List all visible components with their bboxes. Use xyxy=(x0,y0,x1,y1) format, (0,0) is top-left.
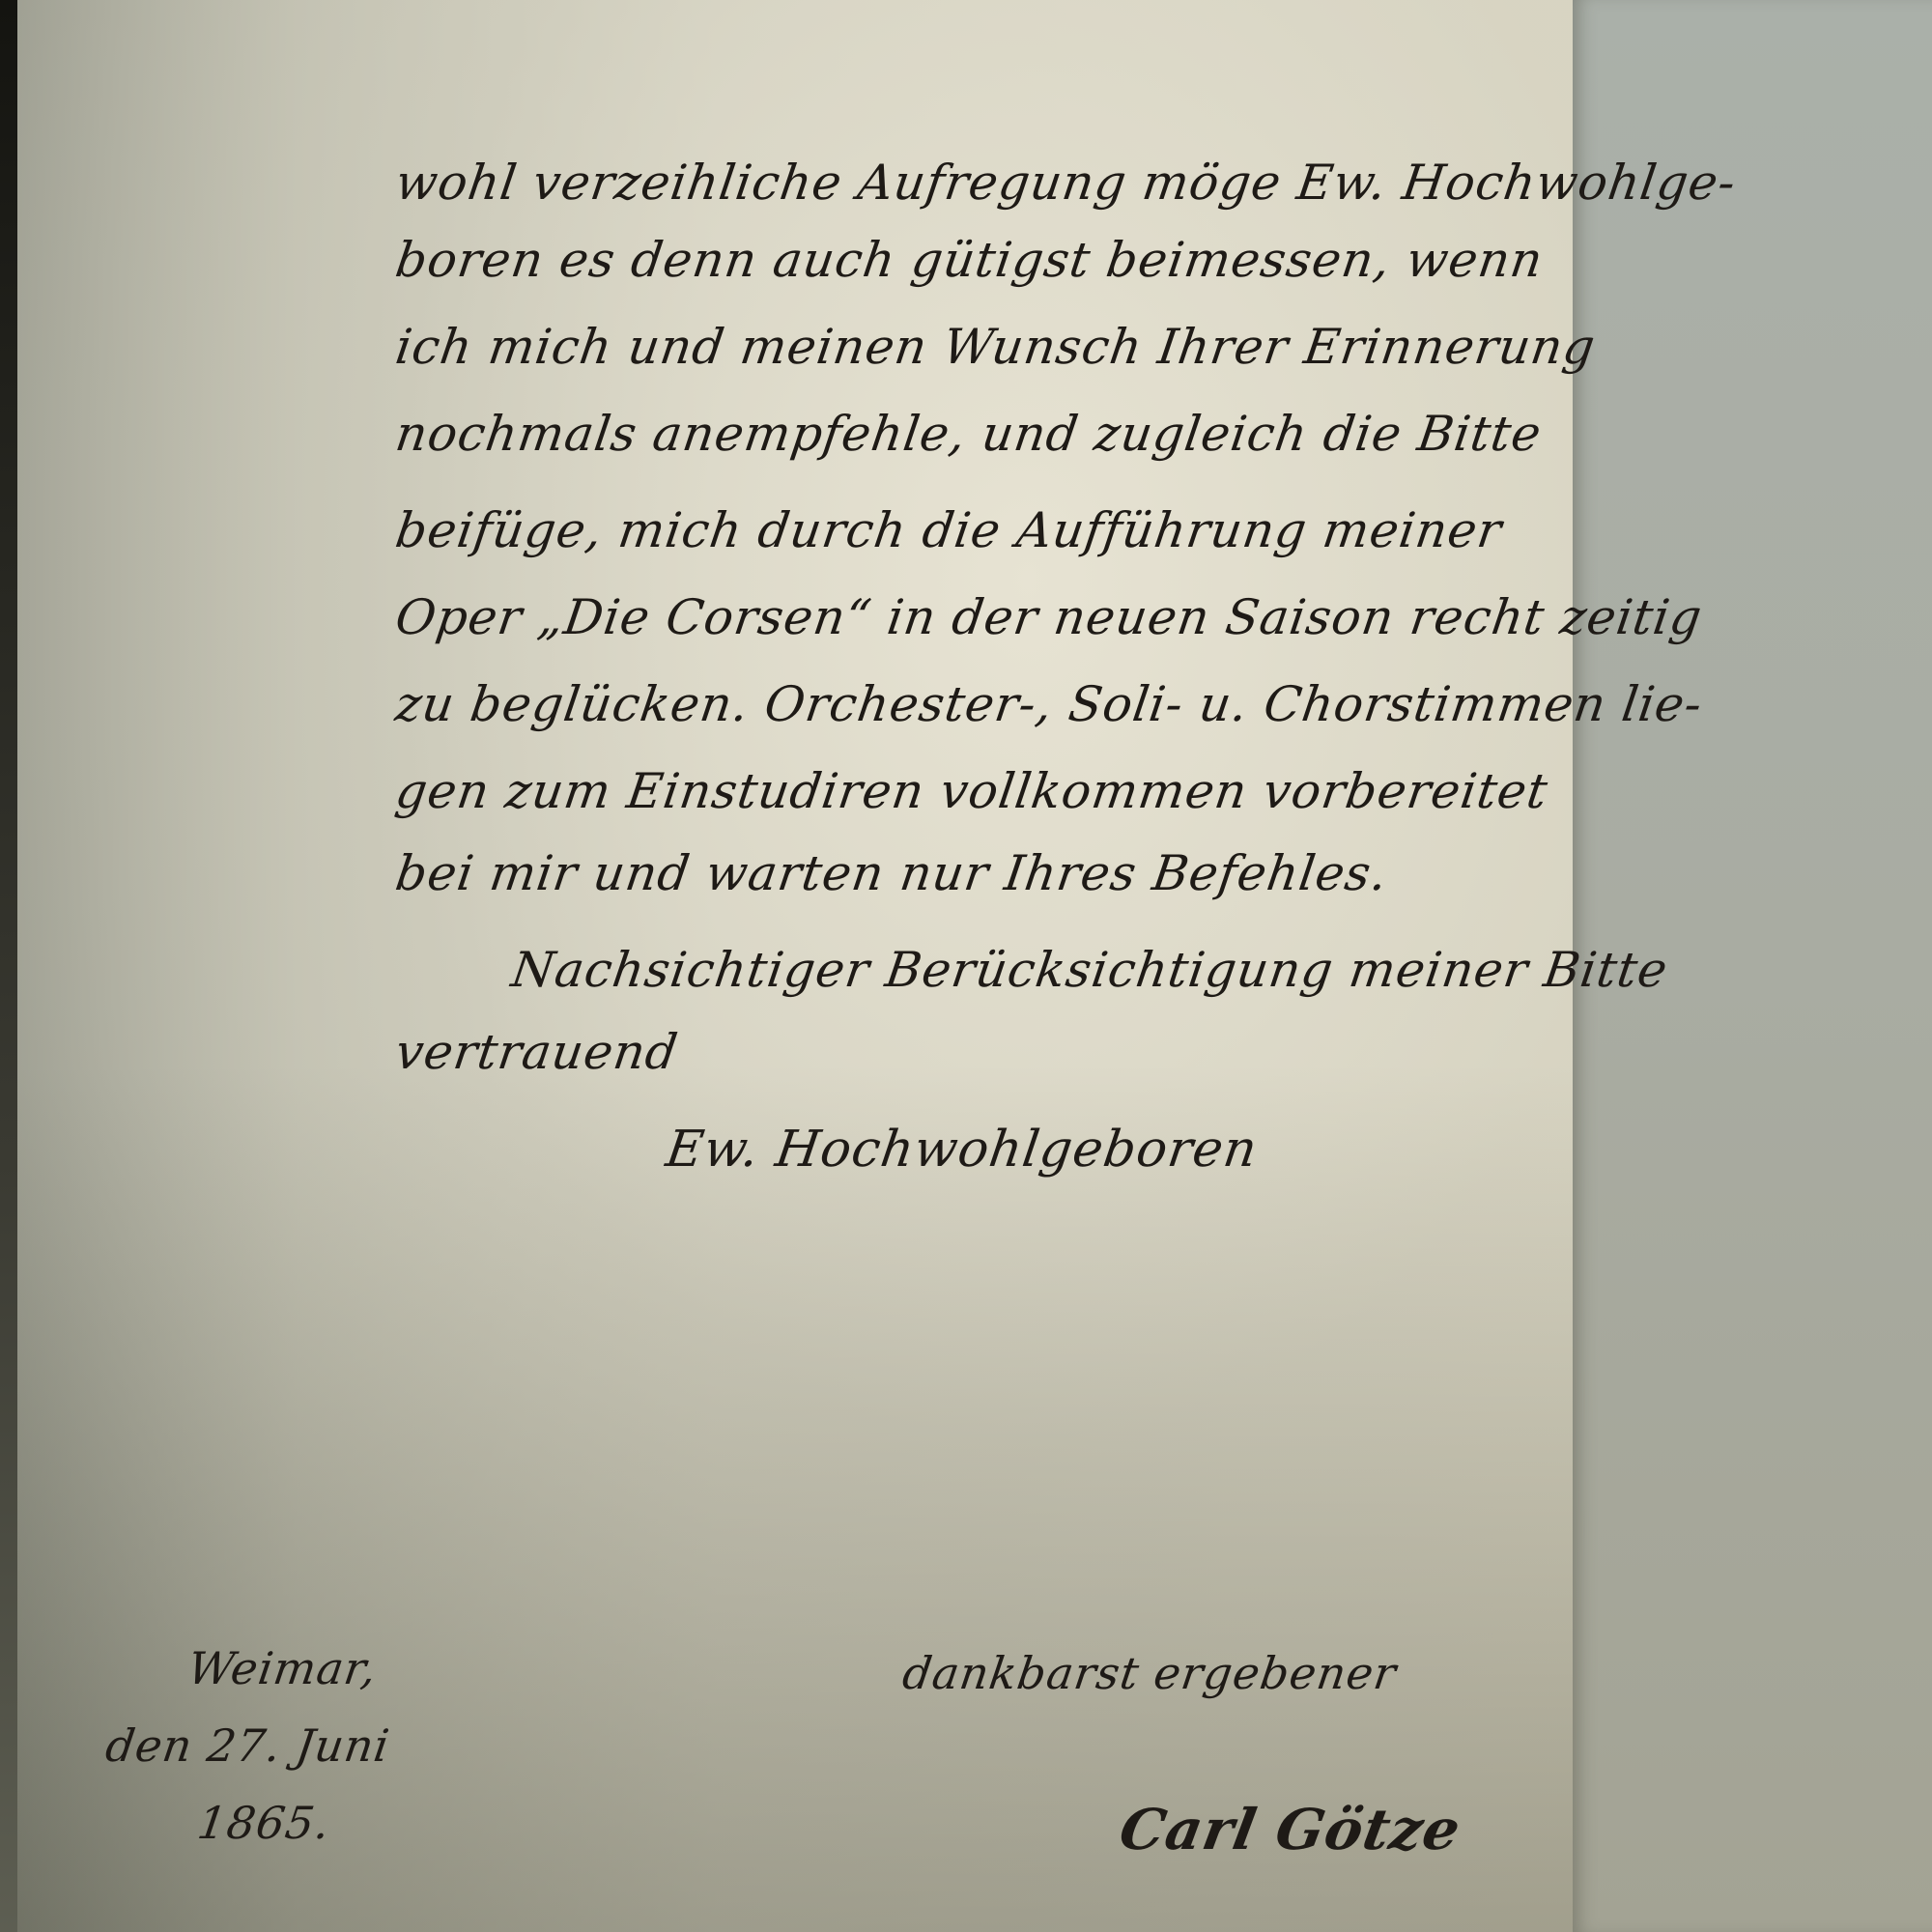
body-line-3: ich mich und meinen Wunsch Ihrer Erinner… xyxy=(392,319,1599,375)
body-line-1: wohl verzeihliche Aufregung möge Ew. Hoc… xyxy=(392,155,1740,211)
closing-line-2: vertrauend xyxy=(392,1024,682,1080)
body-line-7: zu beglücken. Orchester-, Soli- u. Chors… xyxy=(392,676,1706,732)
place: Weimar, xyxy=(185,1642,381,1694)
body-line-4: nochmals anempfehle, und zugleich die Bi… xyxy=(392,406,1546,462)
body-line-5: beifüge, mich durch die Aufführung meine… xyxy=(392,502,1506,558)
signature: Carl Götze xyxy=(1115,1797,1465,1862)
body-line-9: bei mir und warten nur Ihres Befehles. xyxy=(392,845,1391,901)
salutation: Ew. Hochwohlgeboren xyxy=(663,1121,1262,1179)
closing-line-1: Nachsichtiger Berücksichtigung meiner Bi… xyxy=(508,942,1671,998)
year: 1865. xyxy=(194,1797,333,1849)
book-edge-shadow xyxy=(0,0,17,1932)
signoff-phrase: dankbarst ergebener xyxy=(899,1647,1400,1699)
body-line-8: gen zum Einstudiren vollkommen vorbereit… xyxy=(392,763,1551,819)
date: den 27. Juni xyxy=(102,1719,393,1772)
body-line-6: Oper „Die Corsen“ in der neuen Saison re… xyxy=(392,589,1706,645)
body-line-2: boren es denn auch gütigst beimessen, we… xyxy=(392,232,1547,288)
